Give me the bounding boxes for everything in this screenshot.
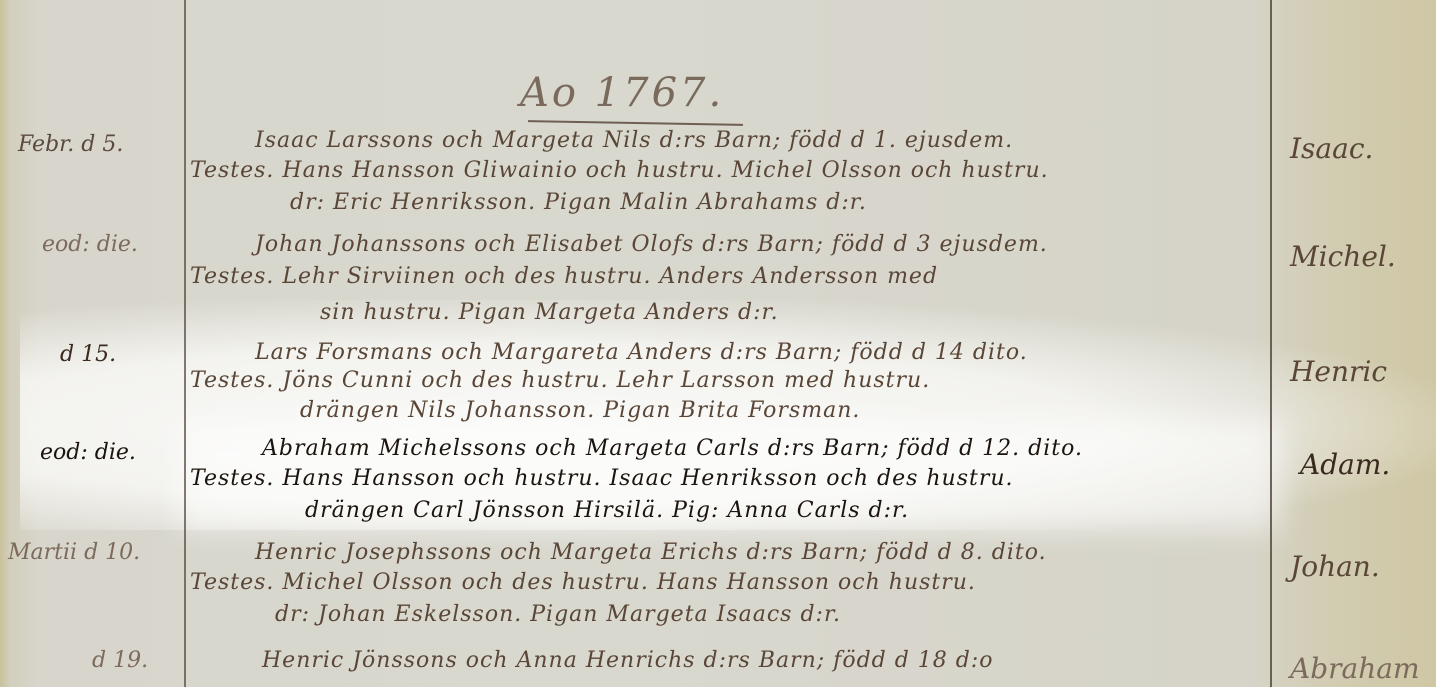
entry-line-testes: Testes. Hans Hansson Gliwainio och hustr… bbox=[190, 158, 1049, 183]
child-name: Michel. bbox=[1290, 240, 1396, 273]
entry-date: d 15. bbox=[60, 342, 116, 367]
entry-line-parents: Henric Jönssons och Anna Henrichs d:rs B… bbox=[262, 648, 994, 673]
child-name: Adam. bbox=[1300, 448, 1390, 481]
child-name: Johan. bbox=[1290, 550, 1380, 583]
entry-line-witnesses: sin hustru. Pigan Margeta Anders d:r. bbox=[320, 300, 779, 325]
child-name: Henric bbox=[1290, 355, 1387, 388]
entry-line-testes: Testes. Hans Hansson och hustru. Isaac H… bbox=[190, 466, 1014, 491]
child-name: Isaac. bbox=[1290, 132, 1373, 165]
date-column-rule bbox=[184, 0, 186, 687]
entry-line-witnesses: drängen Carl Jönsson Hirsilä. Pig: Anna … bbox=[305, 498, 909, 523]
child-name: Abraham bbox=[1290, 652, 1420, 685]
entry-line-parents: Abraham Michelssons och Margeta Carls d:… bbox=[262, 436, 1083, 461]
entry-line-parents: Lars Forsmans och Margareta Anders d:rs … bbox=[255, 340, 1028, 365]
heading-underline bbox=[528, 120, 743, 126]
entry-date: eod: die. bbox=[42, 232, 138, 257]
entry-line-testes: Testes. Michel Olsson och des hustru. Ha… bbox=[190, 570, 976, 595]
entry-date: eod: die. bbox=[40, 440, 136, 465]
entry-date: Martii d 10. bbox=[8, 540, 140, 565]
entry-date: d 19. bbox=[92, 648, 148, 673]
entry-date: Febr. d 5. bbox=[18, 132, 123, 157]
entry-line-witnesses: dr: Johan Eskelsson. Pigan Margeta Isaac… bbox=[275, 602, 841, 627]
entry-line-parents: Isaac Larssons och Margeta Nils d:rs Bar… bbox=[255, 128, 1013, 153]
entry-line-parents: Johan Johanssons och Elisabet Olofs d:rs… bbox=[255, 232, 1048, 257]
page-heading: Ao 1767. bbox=[520, 70, 724, 116]
entry-line-testes: Testes. Jöns Cunni och des hustru. Lehr … bbox=[190, 368, 930, 393]
entry-line-testes: Testes. Lehr Sirviinen och des hustru. A… bbox=[190, 264, 938, 289]
entry-line-witnesses: drängen Nils Johansson. Pigan Brita Fors… bbox=[300, 398, 860, 423]
entry-line-parents: Henric Josephssons och Margeta Erichs d:… bbox=[255, 540, 1047, 565]
entry-line-witnesses: dr: Eric Henriksson. Pigan Malin Abraham… bbox=[290, 190, 867, 215]
name-column-rule bbox=[1270, 0, 1272, 687]
register-page: Ao 1767. Febr. d 5. Isaac Larssons och M… bbox=[0, 0, 1436, 687]
